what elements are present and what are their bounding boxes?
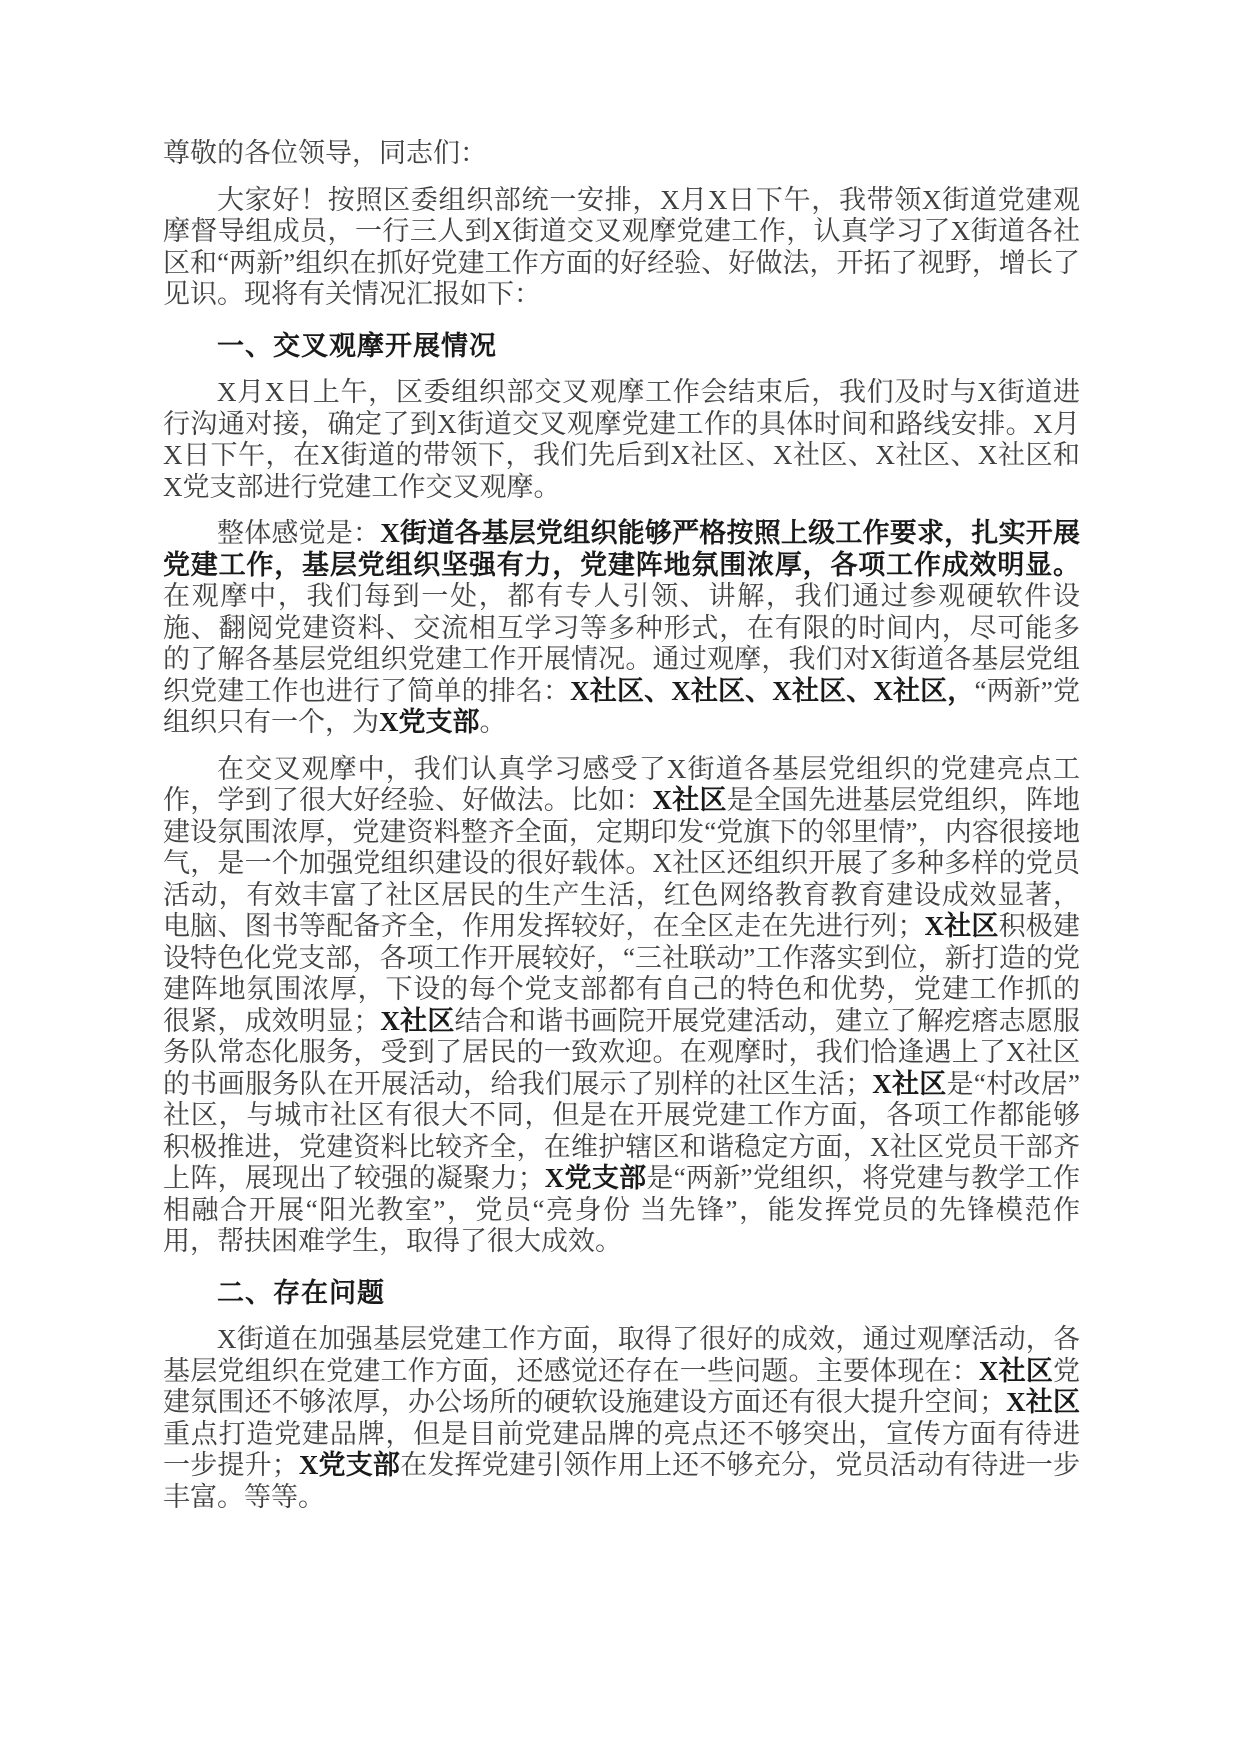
paragraph: X街道在加强基层党建工作方面，取得了很好的成效，通过观摩活动，各基层党组织在党建… (163, 1324, 1080, 1513)
text-run-bold: X党支部 (545, 1163, 647, 1193)
paragraph: 尊敬的各位领导，同志们： (163, 138, 1080, 170)
text-run-bold: 一、交叉观摩开展情况 (217, 331, 497, 361)
text-run-bold: X党支部 (379, 707, 480, 737)
text-run-bold: X社区 (979, 1356, 1053, 1386)
text-run: 大家好！按照区委组织部统一安排，X月X日下午，我带领X街道党建观摩督导组成员，一… (163, 185, 1080, 310)
text-run: 整体感觉是： (217, 518, 380, 548)
section-heading: 二、存在问题 (163, 1278, 1080, 1310)
paragraph: 大家好！按照区委组织部统一安排，X月X日下午，我带领X街道党建观摩督导组成员，一… (163, 185, 1080, 311)
text-run-bold: X党支部 (299, 1450, 400, 1480)
text-run-bold: X社区 (653, 785, 727, 815)
paragraph: X月X日上午，区委组织部交叉观摩工作会结束后，我们及时与X街道进行沟通对接，确定… (163, 377, 1080, 503)
text-run-bold: X社区 (872, 1069, 946, 1099)
paragraph: 在交叉观摩中，我们认真学习感受了X街道各基层党组织的党建亮点工作，学到了很大好经… (163, 754, 1080, 1258)
document-page: 尊敬的各位领导，同志们：大家好！按照区委组织部统一安排，X月X日下午，我带领X街… (0, 0, 1240, 1754)
text-run-bold: X社区 (1006, 1387, 1080, 1417)
document-body: 尊敬的各位领导，同志们：大家好！按照区委组织部统一安排，X月X日下午，我带领X街… (163, 138, 1080, 1513)
text-run-bold: X社区 (380, 1006, 454, 1036)
text-run: X月X日上午，区委组织部交叉观摩工作会结束后，我们及时与X街道进行沟通对接，确定… (163, 377, 1080, 502)
text-run-bold: X社区、X社区、X社区、X社区， (570, 676, 974, 706)
text-run: X街道在加强基层党建工作方面，取得了很好的成效，通过观摩活动，各基层党组织在党建… (163, 1324, 1080, 1386)
paragraph: 整体感觉是：X街道各基层党组织能够严格按照上级工作要求，扎实开展党建工作，基层党… (163, 518, 1080, 739)
text-run: 。 (480, 707, 507, 737)
text-run-bold: 二、存在问题 (217, 1278, 385, 1308)
text-run: 尊敬的各位领导，同志们： (163, 138, 487, 168)
section-heading: 一、交叉观摩开展情况 (163, 331, 1080, 363)
text-run-bold: X社区 (924, 911, 998, 941)
